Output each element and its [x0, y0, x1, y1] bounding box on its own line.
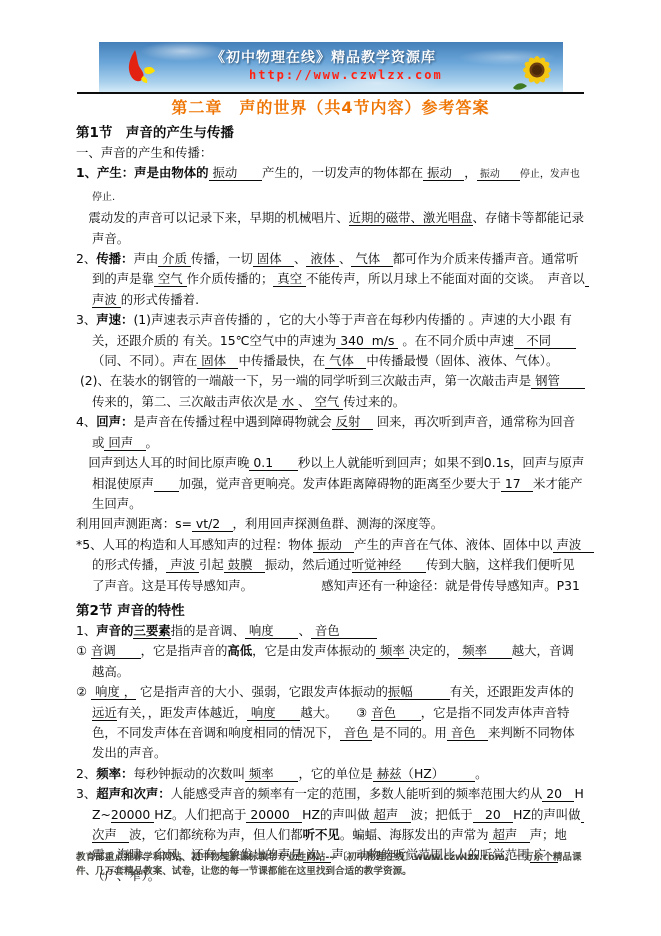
paragraph: 4、回声：是声音在传播过程中遇到障碍物就会 反射 回来，再次听到声音，通常称为回… — [76, 412, 585, 453]
text-run: 1、 — [76, 165, 97, 180]
text-run: 有关，，距发声体越近， — [117, 705, 247, 720]
paragraph: ② 响度 ， 它是指声音的大小、强弱，它跟发声体振动的振幅 有关，还跟距发声体的… — [76, 682, 585, 764]
answer-blank: 音色 — [447, 725, 488, 741]
text-run: 决定的， — [409, 643, 459, 658]
text-run: （同、不同）。声在 — [92, 353, 197, 368]
text-run: 利用回声测距离：s= — [76, 516, 192, 531]
text-run: 传播，一切 — [191, 251, 253, 266]
answer-blank: 水 — [278, 394, 298, 410]
answer-blank: 频率 — [376, 643, 409, 659]
text-run: 。在不同介质中声速 — [398, 333, 513, 348]
text-run: 它是指声音的大小、强弱，它跟发声体振动的 — [136, 684, 388, 699]
text-run: 指的是音调、 — [171, 623, 245, 638]
text-run: 产生的声音在气体、液体、固体中以 — [354, 537, 552, 552]
paragraph: 1、声音的三要素指的是音调、 响度 、 音色 — [76, 621, 585, 641]
text-run: ① — [76, 643, 91, 658]
sunflower-image — [507, 50, 559, 92]
text-run: ，它是指声音的 — [141, 643, 228, 658]
answer-blank: 音色 — [371, 705, 421, 721]
answer-blank: 气体 — [325, 353, 366, 369]
text-run: HZ。人们把高于 — [154, 807, 246, 822]
text-run: (2)、在装水的钢管的一端敲一下，另一端的同学听到三次敲击声，第一次敲击声是 — [76, 373, 531, 388]
paragraph: 2、频率：每秒钟振动的次数叫 频率 ，它的单位是 赫兹（HZ） 。 — [76, 764, 585, 784]
answer-blank: 17 — [501, 476, 533, 492]
answer-blank: 20000 — [246, 807, 302, 823]
text-run: 传来的，第二、三次敲击声依次是 — [92, 394, 278, 409]
text-run: 声由 — [133, 251, 158, 266]
text-run: 每秒钟振动的次数叫 — [133, 766, 245, 781]
answer-blank: 远近 — [92, 705, 117, 721]
document-content: 第二章 声的世界（共4节内容）参考答案 第1节 声音的产生与传播 一、声音的产生… — [76, 95, 585, 886]
paragraph: 回声到达人耳的时间比原声晚 0.1 秒以上人就能听到回声；如果不到0.1s，回声… — [76, 453, 585, 514]
paragraph: 3、声速：(1)声速表示声音传播的 ，它的大小等于声音在每秒内传播的 。声速的大… — [76, 310, 585, 371]
text-run: 是不同的。用 — [372, 725, 446, 740]
answer-blank: 振动 — [423, 165, 464, 181]
answer-blank: 音调 — [91, 643, 141, 659]
text-run: 声音的 — [96, 623, 133, 638]
answer-blank: 振动 — [313, 537, 354, 553]
text-run: 是声音在传播过程中遇到障碍物就会 — [133, 414, 331, 429]
site-url-link[interactable]: http://www.czwlzx.com — [249, 68, 443, 82]
text-run: 的形式传播着. — [121, 292, 199, 307]
answer-blank: 20 — [473, 807, 514, 823]
text-run: ② — [76, 684, 91, 699]
text-run: 高低 — [227, 643, 252, 658]
text-run: HZ的声叫做 — [513, 807, 580, 822]
paragraph: 震动发的声音可以记录下来，早期的机械唱片、近期的磁带、激光唱盘、存储卡等都能记录… — [76, 208, 585, 249]
site-logo-icon — [119, 46, 165, 90]
answer-blank: 真空 — [273, 271, 306, 287]
answer-blank: 固体 — [197, 353, 238, 369]
text-run: 震动发的声音可以记录下来，早期的机械唱片、 — [76, 210, 349, 225]
text-run: 4、 — [76, 414, 96, 429]
text-run: ， — [464, 165, 476, 180]
text-run: 2、 — [76, 766, 96, 781]
answer-blank: 频率 — [458, 643, 512, 659]
paragraph: *5、人耳的构造和人耳感知声的过程：物体 振动 产生的声音在气体、液体、固体中以… — [76, 535, 585, 596]
paragraph: 1、产生：声是由物体的 振动 产生的，一切发声的物体都在 振动 ， 振动 停止，… — [76, 163, 585, 208]
paragraph: 2、传播：声由 介质 传播，一切 固体 、 液体 、 气体 都可作为介质来传播声… — [76, 249, 585, 310]
text-run: 、 — [339, 251, 351, 266]
text-run: 传播： — [96, 251, 133, 266]
answer-blank: 20000 — [111, 807, 154, 823]
page-title: 第二章 声的世界（共4节内容）参考答案 — [76, 95, 585, 118]
answer-blank: 340 m/s — [336, 333, 398, 349]
answer-blank: 回声 — [104, 435, 145, 451]
answer-blank: 20 — [542, 786, 574, 802]
text-run: 。蝙蝠、海豚发出的声常为 — [340, 827, 489, 842]
text-run: 2、 — [76, 251, 96, 266]
text-run: 人能感受声音的频率有一定的范围，多数人能听到的频率范围大约从 — [171, 786, 543, 801]
text-run: 产生：声是由物体的 — [97, 165, 209, 180]
answer-blank: 0.1 — [249, 455, 297, 471]
text-run: 回声到达人耳的时间比原声晚 — [76, 455, 249, 470]
text-run: 加强，觉声音更响亮。发声体距离障碍物的距离至少要大于 — [179, 476, 501, 491]
answer-blank: 听觉神经 — [352, 557, 426, 573]
text-run: 听不见 — [303, 827, 340, 842]
answer-blank: 不同 — [514, 333, 576, 349]
text-run: 波，它们都统称为声，但人们都 — [129, 827, 302, 842]
text-run: ，它是由发声体振动的 — [252, 643, 376, 658]
answer-blank: 三要素 — [133, 623, 170, 639]
text-run: 的形式传播， — [92, 557, 166, 572]
text-run: 声速： — [96, 312, 133, 327]
text-run: 、 — [298, 394, 310, 409]
answer-blank: 液体 — [306, 251, 339, 267]
paragraph: 一、声音的产生和传播： — [76, 143, 585, 163]
text-run: 引起 — [199, 557, 224, 572]
text-run: ，利用回声探测鱼群、测海的深度等。 — [233, 516, 444, 531]
answer-blank: 振幅 — [388, 684, 450, 700]
text-run: 传过来的。 — [343, 394, 405, 409]
text-run: 有关，还跟距发声体的 — [450, 684, 574, 699]
answer-blank: 反射 — [332, 414, 373, 430]
answer-blank: 钢管 — [531, 373, 585, 389]
text-run: 振动，然后通过 — [265, 557, 352, 572]
text-run: 、 — [294, 251, 306, 266]
text-run: 一、声音的产生和传播： — [76, 145, 212, 160]
text-run: 作介质传播的； — [187, 271, 274, 286]
answer-blank: 超声 — [370, 807, 411, 823]
answer-blank: 响度 ， — [91, 684, 136, 700]
answer-blank: 响度 — [245, 623, 299, 639]
text-run: 3、 — [76, 312, 96, 327]
text-run: 波；把低于 — [411, 807, 473, 822]
section-1-body: 一、声音的产生和传播：1、产生：声是由物体的 振动 产生的，一切发声的物体都在 … — [76, 143, 585, 596]
text-run: 。 — [146, 435, 158, 450]
answer-blank: 空气 — [311, 394, 344, 410]
text-run: 产生的，一切发声的物体都在 — [262, 165, 423, 180]
answer-blank: 声波 — [553, 537, 594, 553]
answer-blank: 音色 — [311, 623, 377, 639]
answer-blank: 响度 — [247, 705, 301, 721]
text-run: 越大。 ③ — [300, 705, 371, 720]
answer-blank: 气体 — [351, 251, 392, 267]
answer-blank: 赫兹（HZ） — [373, 766, 475, 782]
answer-blank: 空气 — [154, 271, 187, 287]
text-run: 不能传声，所以月球上不能面对面的交谈。 声音以 — [306, 271, 585, 286]
text-run: 1、 — [76, 623, 96, 638]
section-1-heading: 第1节 声音的产生与传播 — [76, 121, 585, 141]
section-2-body: 1、声音的三要素指的是音调、 响度 、 音色 ① 音调 ，它是指声音的高低，它是… — [76, 621, 585, 886]
answer-blank: 介质 — [158, 251, 191, 267]
answer-blank: 音色 — [340, 725, 373, 741]
header-divider — [77, 92, 584, 94]
answer-blank: 鼓膜 — [224, 557, 265, 573]
text-run: 超声和次声： — [96, 786, 170, 801]
answer-blank: vt/2 — [192, 516, 233, 532]
text-run: *5、人耳的构造和人耳感知声的过程：物体 — [76, 537, 313, 552]
answer-blank: 频率 — [245, 766, 299, 782]
answer-blank: 超声 — [489, 827, 530, 843]
text-run: 。 — [475, 766, 487, 781]
text-run: 3、 — [76, 786, 96, 801]
text-run: 回声： — [96, 414, 133, 429]
text-run: 、 — [298, 623, 310, 638]
answer-blank: 振动 — [209, 165, 263, 181]
text-run: HZ的声叫做 — [302, 807, 369, 822]
text-run: ，它的单位是 — [298, 766, 372, 781]
answer-blank: 固体 — [253, 251, 294, 267]
answer-blank: 振动 — [477, 169, 520, 181]
text-run: 中传播最快，在 — [238, 353, 325, 368]
site-title: 《初中物理在线》精品教学资源库 — [211, 47, 551, 67]
document-page: 《初中物理在线》精品教学资源库 http://www.czwlzx.com 第二… — [0, 0, 661, 936]
text-run: 中传播最慢（固体、液体、气体）。 — [366, 353, 558, 368]
text-run: 频率： — [96, 766, 133, 781]
paragraph: (2)、在装水的钢管的一端敲一下，另一端的同学听到三次敲击声，第一次敲击声是 钢… — [76, 371, 585, 412]
section-2-heading: 第2节 声音的特性 — [76, 599, 585, 619]
answer-blank: 近期的磁带、激光唱盘 — [349, 210, 473, 226]
footer-note: 教育部重点推荐学科网站、初中物理新课标教学专业性网站---〔初中物理在线〕www… — [76, 851, 587, 878]
answer-blank: 声波 — [166, 557, 199, 573]
site-banner: 《初中物理在线》精品教学资源库 http://www.czwlzx.com — [99, 42, 563, 93]
paragraph: 利用回声测距离：s= vt/2 ，利用回声探测鱼群、测海的深度等。 — [76, 514, 585, 534]
paragraph: ① 音调 ，它是指声音的高低，它是由发声体振动的 频率 决定的， 频率 越大，音… — [76, 641, 585, 682]
answer-blank — [154, 476, 179, 492]
